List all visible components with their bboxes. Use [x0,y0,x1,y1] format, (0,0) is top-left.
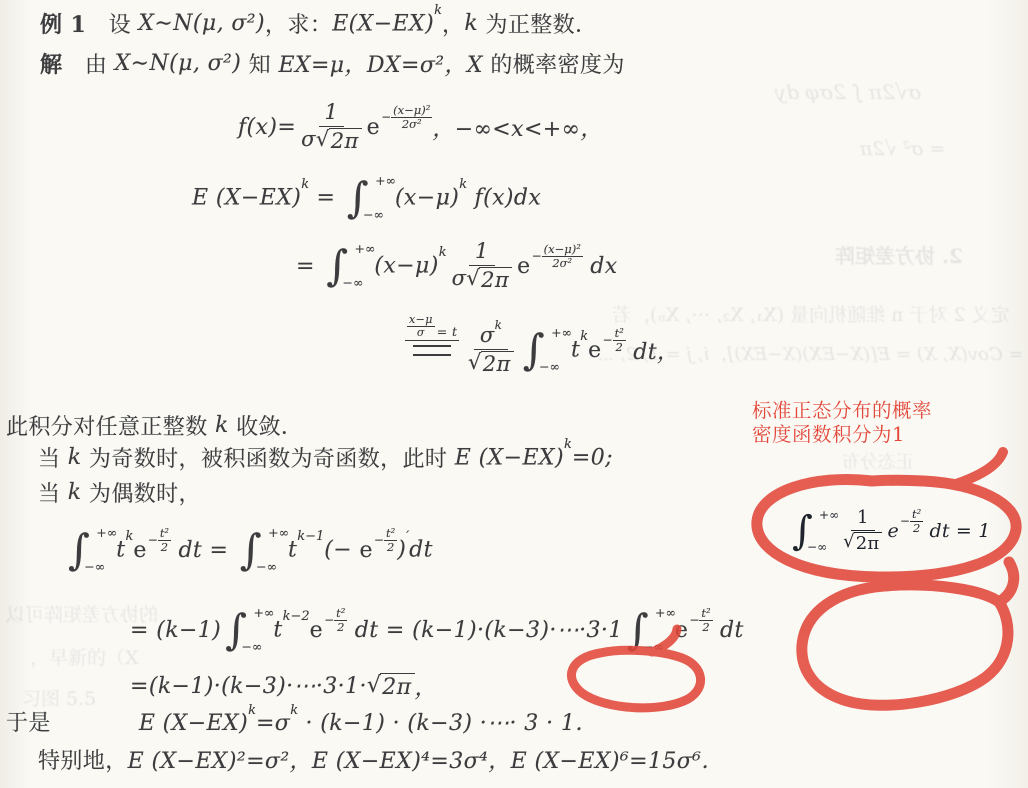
exp-e: e−t²2 [887,518,923,543]
text-run [86,11,108,36]
integral-sign: ∫+∞−∞ [68,527,112,573]
red-note-line-2: 密度函数积分为1 [752,423,932,447]
integral-sign: ∫+∞−∞ [347,175,391,221]
math-run: dt = 1 [923,520,990,542]
superscript-k: k [459,177,467,192]
solution-label: 解 [40,48,62,79]
result-line: 于是E (X−EX)k=σk · (k−1) · (k−3) ·⋯· 3 · 1… [6,706,598,737]
moment-integral-line-2: = ∫+∞−∞ (x−μ)k 1 σ√2π e−(x−μ)²2σ² dx [296,234,618,298]
math-run: k [215,413,229,438]
bleedthrough-fragment: 2. 协方差矩阵 [835,240,963,269]
sqrt-radical: √2π [468,351,514,377]
superscript-k: k [495,318,502,332]
fraction: 1 σ√2π [301,101,362,153]
red-note-line-1: 标准正态分布的概率 [752,399,932,423]
substitution-note: x−μσ= t [405,314,459,340]
superscript-exponent: k−2 [283,609,310,624]
math-run: (x−μ)k f(x)dx [395,185,541,210]
radical-glyph: √ [468,351,482,375]
math-run: = [296,254,322,279]
math-run: E (X−EX)k=σk · (k−1) · (k−3) ·⋯· 3 · 1． [139,706,598,737]
sqrt2pi-line: =(k−1)·(k−3)·⋯·3·1· √2π ， [130,664,437,708]
radical-glyph: √ [367,673,381,698]
example-label: 例 1 [40,8,86,39]
math-run: )′dt [397,537,433,562]
superscript-k: k [564,437,572,452]
substitution-line: x−μσ= t σk √2π ∫+∞−∞ tk e−t²2 dt， [413,312,679,388]
prime-mark: ′ [406,529,409,544]
superscript-k: k [125,529,133,544]
text-run: 当 [38,442,68,473]
integral-sign: ∫+∞−∞ [240,527,284,573]
therefore-label: 于是 [6,706,51,737]
reduction-line: = (k−1) ∫+∞−∞ tk−2 e−t²2 dt = (k−1)·(k−3… [130,598,744,662]
radical-glyph: √ [466,267,480,291]
text-run: 知 [241,48,278,79]
solution-line: 解 由 X∼N(μ, σ²) 知 EX=μ，DX=σ²，X 的概率密度为 [40,48,625,79]
math-run: (x−μ)k [374,253,446,278]
math-run: ， [415,671,437,702]
text-run: 为奇数时，被积函数为奇函数，此时 [82,442,455,473]
text-run: 设 [109,8,139,39]
superscript-k: k [580,329,588,344]
exp-e: e−t²2 [588,337,626,362]
fraction: 1 σ√2π [452,240,513,292]
math-run: ，−∞<x<+∞， [432,112,602,143]
moment-integral-line-1: E (X−EX)k = ∫+∞−∞ (x−μ)k f(x)dx [192,168,541,228]
text-run: 由 [85,48,115,79]
text-run: 特别地， [38,744,128,775]
odd-case-line: 当 k 为奇数时，被积函数为奇函数，此时 E (X−EX)k=0; [38,442,613,473]
math-run: k [68,480,82,505]
superscript-k: k [290,703,298,718]
text-run: 收敛． [229,410,304,441]
text-run: 当 [38,477,68,508]
math-run: dt [713,618,744,643]
integration-by-parts-line: ∫+∞−∞ tk e−t²2 dt = ∫+∞−∞ tk−1(− e−t²2 )… [64,518,433,582]
math-run: dt = [171,538,236,563]
integral-sign: ∫+∞−∞ [792,509,834,553]
math-run: tk−1(− [288,537,360,562]
exp-e: e−(x−μ)²2σ² [367,114,433,139]
text-run: 此积分对任意正整数 [6,410,215,441]
math-run: E (X−EX)k = [192,185,343,210]
math-run: EX=μ，DX=σ²，X [278,48,483,79]
exp-e: e−t²2 [310,617,348,642]
bleedthrough-fragment: = σ² √2π [860,138,945,160]
text-run: ， [442,8,464,39]
text-run: 的概率密度为 [483,48,625,79]
bleedthrough-fragment: σ√2π ∫ 2σφ dy [775,80,921,104]
example-heading-line: 例 1 设 X∼N(μ, σ²)，求：E(X−EX)k，k 为正整数． [40,8,598,39]
fraction: σk √2π [468,324,514,376]
math-run: tk [571,337,588,362]
superscript-k: k [248,703,256,718]
exp-e: e−t²2 [675,617,713,642]
superscript-k: k [301,177,309,192]
text-run: 为正整数． [478,8,597,39]
exp-e: e−t²2 [360,537,398,562]
density-formula-line: f(x)= 1 σ√2π e−(x−μ)²2σ² ，−∞<x<+∞， [238,90,603,164]
text-run: 为偶数时， [82,477,201,508]
math-run: =(k−1)·(k−3)·⋯·3·1· [130,674,367,699]
red-annotation-note: 标准正态分布的概率 密度函数积分为1 [752,399,932,447]
text-run: ，求： [265,8,332,39]
math-run: tk [116,537,133,562]
math-run: k [464,11,478,36]
special-cases-line: 特别地，E (X−EX)²=σ²，E (X−EX)⁴=3σ⁴，E (X−EX)⁶… [38,744,724,775]
integral-sign: ∫+∞−∞ [627,607,671,653]
bleedthrough-fragment: ，早新的（X [30,643,139,670]
red-circle-hook-1 [956,452,1003,484]
integral-sign: ∫+∞−∞ [523,327,567,373]
textbook-scan-page: σ√2π ∫ 2σφ dy = σ² √2π 2. 协方差矩阵 定义 2 对于 … [0,0,1028,788]
math-run: dt = (k−1)·(k−3)·⋯·3·1 [347,618,622,643]
math-run: k [68,445,82,470]
exp-e: e−(x−μ)²2σ² [517,253,583,278]
math-run: dt， [626,335,680,366]
standard-normal-integral-formula: ∫+∞−∞ 1 √2π e−t²2 dt = 1 [788,498,991,564]
math-run: X∼N(μ, σ²) [138,11,265,36]
superscript-k: k [439,245,447,260]
math-run: = (k−1) [130,618,221,643]
math-run: f(x)= [238,115,296,140]
superscript-k: k [434,3,442,18]
math-run: E (X−EX)²=σ²，E (X−EX)⁴=3σ⁴，E (X−EX)⁶=15σ… [128,744,724,775]
integral-sign: ∫+∞−∞ [225,607,269,653]
math-run: E (X−EX)k=0; [455,445,613,470]
sqrt-radical: √2π [843,532,882,554]
integral-sign: ∫+∞−∞ [326,243,370,289]
double-equals: x−μσ= t [413,345,451,356]
fraction: 1 √2π [843,508,882,553]
even-case-line: 当 k 为偶数时， [38,477,201,508]
math-run: dx [583,254,618,279]
red-circle-formula-2 [802,562,1014,705]
sqrt-radical: √2π [367,673,415,700]
bleedthrough-fragment: 正态分布 [842,448,914,474]
superscript-exponent: k−1 [297,529,324,544]
radical-glyph: √ [316,128,330,152]
convergence-line: 此积分对任意正整数 k 收敛． [6,410,303,441]
sqrt-radical: √2π [466,267,512,293]
math-run: X∼N(μ, σ²) [115,51,242,76]
text-run [62,51,84,76]
math-run: E(X−EX)k [332,11,442,36]
math-run: tk−2 [273,617,309,642]
sqrt-radical: √2π [316,128,362,154]
exp-e: e−t²2 [133,537,171,562]
